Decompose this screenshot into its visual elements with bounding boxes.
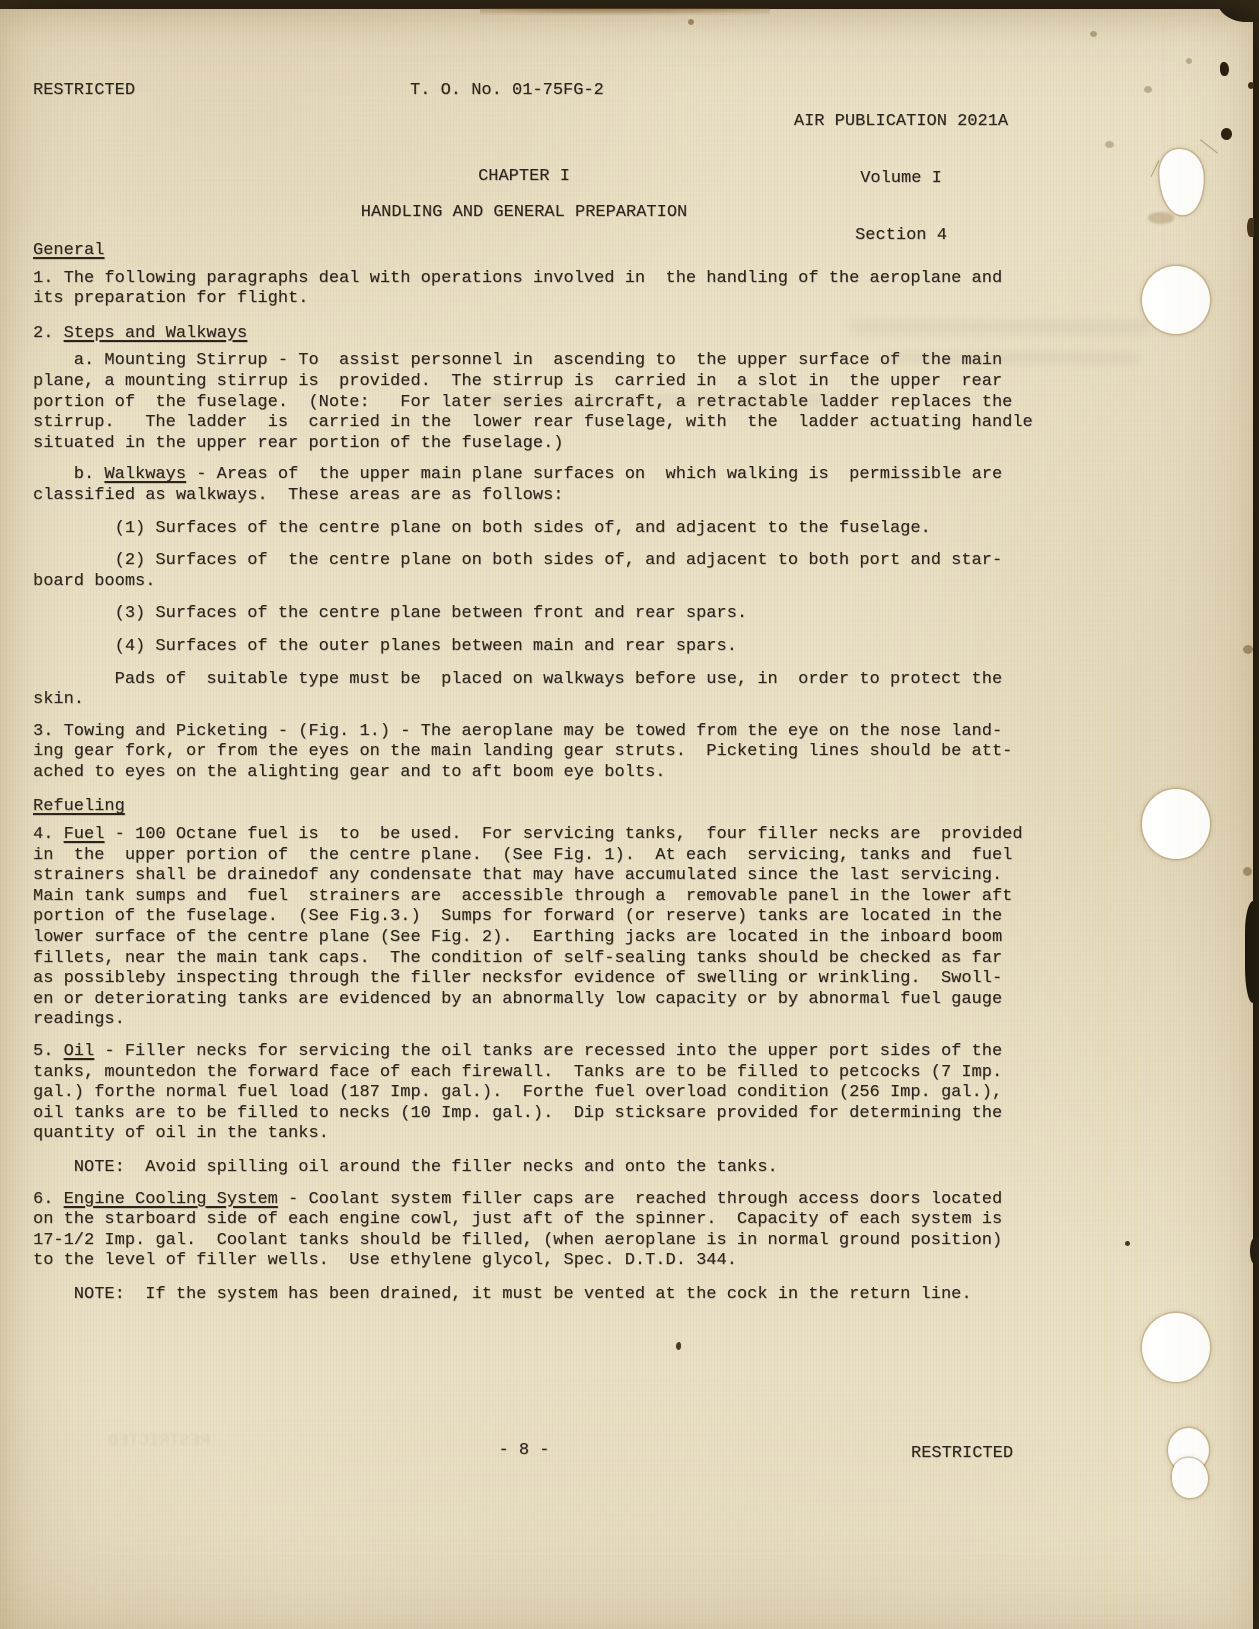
para-3-towing-and-picketing: 3. Towing and Picketing - (Fig. 1.) - Th… (33, 722, 1028, 784)
ink-speck (676, 1342, 681, 1350)
text-line: portion of the fuselage. (See Fig.3.) Su… (33, 907, 1028, 928)
underlined-text: Steps and Walkways (64, 324, 248, 343)
text-line: tanks, mountedon the forward face of eac… (33, 1063, 1028, 1084)
underlined-text: Walkways (104, 465, 186, 484)
text-line: as possibleby inspecting through the fil… (33, 969, 1028, 990)
walkway-item-4: (4) Surfaces of the outer planes between… (33, 637, 1028, 658)
ink-speck (1220, 62, 1229, 76)
bleed-smudge (880, 352, 1140, 364)
text-line: 5. Oil - Filler necks for servicing the … (33, 1042, 1028, 1063)
tear-crack (1151, 160, 1160, 177)
note-cooling: NOTE: If the system has been drained, it… (33, 1285, 1028, 1306)
text-line: lower surface of the centre plane (See F… (33, 928, 1028, 949)
scan-line-pink (1162, 25, 1164, 455)
stain-dot (1186, 58, 1192, 64)
text-line: a. Mounting Stirrup - To assist personne… (33, 351, 1028, 372)
ink-speck (1125, 1241, 1130, 1246)
text-line: 3. Towing and Picketing - (Fig. 1.) - Th… (33, 722, 1028, 743)
text-line: plane, a mounting stirrup is provided. T… (33, 372, 1028, 393)
text-line: gal.) forthe normal fuel load (187 Imp. … (33, 1083, 1028, 1104)
text-line: classified as walkways. These areas are … (33, 486, 1028, 507)
stain-dot (1243, 645, 1253, 654)
text-line: stirrup. The ladder is carried in the lo… (33, 413, 1028, 434)
text-line: Pads of suitable type must be placed on … (33, 670, 1028, 691)
text-line: NOTE: If the system has been drained, it… (33, 1285, 1028, 1306)
scan-line-yellow (1135, 1050, 1137, 1629)
text-line: its preparation for flight. (33, 289, 1028, 310)
text-line: board booms. (33, 572, 1028, 593)
para-5-oil: 5. Oil - Filler necks for servicing the … (33, 1042, 1028, 1145)
text-line: in the upper portion of the centre plane… (33, 846, 1028, 867)
scan-edge-top (0, 0, 1259, 9)
text-line: 1. The following paragraphs deal with op… (33, 269, 1028, 290)
scan-corner-blob (1217, 0, 1259, 22)
text-line: ached to eyes on the alighting gear and … (33, 763, 1028, 784)
stain-smear (1148, 212, 1174, 224)
stain-dot (1090, 31, 1097, 37)
text-line: (2) Surfaces of the centre plane on both… (33, 551, 1028, 572)
text-line: b. Walkways - Areas of the upper main pl… (33, 465, 1028, 486)
text-line: General (33, 241, 1028, 262)
scan-edge-blob (1245, 901, 1259, 1003)
punch-hole (1142, 1313, 1210, 1382)
text-line: Main tank sumps and fuel strainers are a… (33, 887, 1028, 908)
text-line: readings. (33, 1010, 1028, 1031)
text-line: 6. Engine Cooling System - Coolant syste… (33, 1190, 1028, 1211)
text-line: oil tanks are to be filled to necks (10 … (33, 1104, 1028, 1125)
classification-top-left: RESTRICTED (33, 81, 135, 102)
stain-dot (1105, 141, 1114, 148)
underlined-text: Fuel (64, 825, 105, 844)
text-line: 17-1/2 Imp. gal. Coolant tanks should be… (33, 1231, 1028, 1252)
chapter-subtitle: HANDLING AND GENERAL PREPARATION (33, 203, 1015, 224)
ink-speck (1221, 128, 1232, 140)
underlined-text: Engine Cooling System (64, 1190, 278, 1209)
text-line: strainers shall be drainedof any condens… (33, 866, 1028, 887)
air-publication-line: AIR PUBLICATION 2021A (785, 112, 1017, 131)
text-line: (4) Surfaces of the outer planes between… (33, 637, 1028, 658)
torn-hole (1172, 1458, 1208, 1498)
note-oil: NOTE: Avoid spilling oil around the fill… (33, 1158, 1028, 1179)
classification-bottom-right: RESTRICTED (911, 1444, 1013, 1465)
stain-dot (1243, 867, 1252, 876)
walkway-item-3: (3) Surfaces of the centre plane between… (33, 604, 1028, 625)
underlined-text: General (33, 241, 104, 260)
scan-line-yellow (1105, 700, 1107, 1629)
text-line: (1) Surfaces of the centre plane on both… (33, 519, 1028, 540)
bleed-smudge (850, 320, 1150, 334)
stain-dot (1144, 86, 1152, 93)
heading-general: General (33, 241, 1028, 262)
text-line: ing gear fork, or from the eyes on the m… (33, 742, 1028, 763)
para-pads: Pads of suitable type must be placed on … (33, 670, 1028, 711)
technical-order-number: T. O. No. 01-75FG-2 (410, 81, 604, 102)
tear-crack (1200, 139, 1218, 153)
punch-hole (1142, 266, 1210, 334)
text-line: on the starboard side of each engine cow… (33, 1210, 1028, 1231)
para-6-engine-cooling: 6. Engine Cooling System - Coolant syste… (33, 1190, 1028, 1272)
para-4-fuel: 4. Fuel - 100 Octane fuel is to be used.… (33, 825, 1028, 1031)
ink-speck (1248, 82, 1254, 89)
stain-dot (688, 19, 694, 25)
text-line: quantity of oil in the tanks. (33, 1124, 1028, 1145)
underlined-text: Oil (64, 1042, 95, 1061)
chapter-title: CHAPTER I (33, 167, 1015, 188)
text-line: situated in the upper rear portion of th… (33, 434, 1028, 455)
bleed-through-restricted-stamp: RESTRICTED (108, 1432, 210, 1451)
scan-edge-right (1253, 0, 1259, 1629)
underlined-text: Refueling (33, 797, 125, 816)
text-line: NOTE: Avoid spilling oil around the fill… (33, 1158, 1028, 1179)
bleed-smudge (470, 395, 850, 407)
scanned-document-page: RESTRICTED T. O. No. 01-75FG-2 AIR PUBLI… (0, 0, 1259, 1629)
text-line: 4. Fuel - 100 Octane fuel is to be used.… (33, 825, 1028, 846)
ink-speck (1247, 218, 1254, 237)
para-2b-walkways: b. Walkways - Areas of the upper main pl… (33, 465, 1028, 506)
text-line: skin. (33, 690, 1028, 711)
para-1: 1. The following paragraphs deal with op… (33, 269, 1028, 310)
text-line: Refueling (33, 797, 1028, 818)
walkway-item-1: (1) Surfaces of the centre plane on both… (33, 519, 1028, 540)
text-line: fillets, near the main tank caps. The co… (33, 949, 1028, 970)
text-line: (3) Surfaces of the centre plane between… (33, 604, 1028, 625)
walkway-item-2: (2) Surfaces of the centre plane on both… (33, 551, 1028, 592)
text-line: en or deteriorating tanks are evidenced … (33, 990, 1028, 1011)
text-line: to the level of filler wells. Use ethyle… (33, 1251, 1028, 1272)
scan-edge-mark (1250, 1238, 1259, 1264)
heading-refueling: Refueling (33, 797, 1028, 818)
punch-hole (1142, 789, 1210, 859)
torn-hole (1158, 148, 1206, 217)
